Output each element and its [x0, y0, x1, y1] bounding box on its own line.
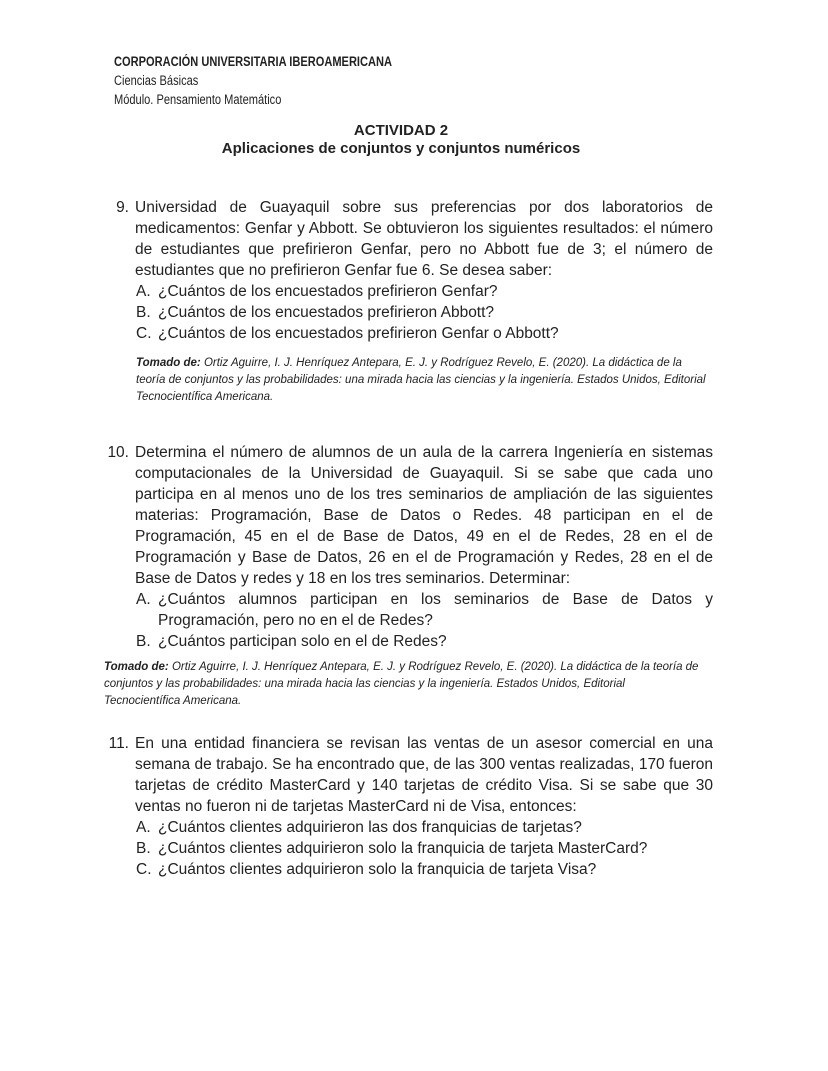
question-body: En una entidad financiera se revisan las… [135, 733, 713, 880]
citation-text: Ortiz Aguirre, I. J. Henríquez Antepara,… [136, 357, 706, 403]
question-body: Determina el número de alumnos de un aul… [135, 442, 713, 652]
item-label: B. [135, 302, 158, 323]
item-text: ¿Cuántos alumnos participan en los semin… [158, 589, 713, 631]
citation-label: Tomado de: [104, 661, 169, 673]
item-text: ¿Cuántos de los encuestados prefirieron … [158, 281, 713, 302]
module-name: Módulo. Pensamiento Matemático [114, 90, 608, 109]
question-text: Determina el número de alumnos de un aul… [135, 442, 713, 589]
item-text: ¿Cuántos clientes adquirieron solo la fr… [158, 859, 713, 880]
item-label: C. [135, 859, 158, 880]
question-item: B. ¿Cuántos participan solo en el de Red… [135, 631, 713, 652]
question-number: 9. [104, 197, 135, 344]
citation-q9: Tomado de: Ortiz Aguirre, I. J. Henríque… [136, 355, 710, 406]
document-header: CORPORACIÓN UNIVERSITARIA IBEROAMERICANA… [114, 52, 608, 109]
institution-name: CORPORACIÓN UNIVERSITARIA IBEROAMERICANA [114, 52, 608, 71]
item-text: ¿Cuántos clientes adquirieron las dos fr… [158, 817, 713, 838]
question-text: En una entidad financiera se revisan las… [135, 733, 713, 817]
question-item: B. ¿Cuántos de los encuestados prefirier… [135, 302, 713, 323]
question-item: A. ¿Cuántos alumnos participan en los se… [135, 589, 713, 631]
item-text: ¿Cuántos participan solo en el de Redes? [158, 631, 713, 652]
item-text: ¿Cuántos de los encuestados prefirieron … [158, 302, 713, 323]
question-item: C. ¿Cuántos de los encuestados prefirier… [135, 323, 713, 344]
document-page: CORPORACIÓN UNIVERSITARIA IBEROAMERICANA… [0, 0, 828, 1071]
item-label: B. [135, 631, 158, 652]
question-text: Universidad de Guayaquil sobre sus prefe… [135, 197, 713, 281]
question-10: 10. Determina el número de alumnos de un… [104, 442, 716, 652]
question-body: Universidad de Guayaquil sobre sus prefe… [135, 197, 713, 344]
question-item: C. ¿Cuántos clientes adquirieron solo la… [135, 859, 713, 880]
question-item: A. ¿Cuántos clientes adquirieron las dos… [135, 817, 713, 838]
question-number: 11. [104, 733, 135, 880]
item-label: B. [135, 838, 158, 859]
question-9: 9. Universidad de Guayaquil sobre sus pr… [104, 197, 716, 344]
item-label: A. [135, 589, 158, 631]
question-item: B. ¿Cuántos clientes adquirieron solo la… [135, 838, 713, 859]
question-11: 11. En una entidad financiera se revisan… [104, 733, 716, 880]
department-name: Ciencias Básicas [114, 71, 608, 90]
item-label: A. [135, 817, 158, 838]
activity-title-block: ACTIVIDAD 2 Aplicaciones de conjuntos y … [104, 122, 698, 158]
activity-title: ACTIVIDAD 2 [104, 122, 698, 140]
document-content: CORPORACIÓN UNIVERSITARIA IBEROAMERICANA… [104, 52, 716, 880]
item-label: C. [135, 323, 158, 344]
citation-label: Tomado de: [136, 357, 201, 369]
item-text: ¿Cuántos clientes adquirieron solo la fr… [158, 838, 713, 859]
item-label: A. [135, 281, 158, 302]
question-number: 10. [104, 442, 135, 652]
citation-text: Ortiz Aguirre, I. J. Henríquez Antepara,… [104, 661, 698, 707]
citation-q10: Tomado de: Ortiz Aguirre, I. J. Henríque… [104, 659, 702, 710]
question-item: A. ¿Cuántos de los encuestados prefirier… [135, 281, 713, 302]
activity-subtitle: Aplicaciones de conjuntos y conjuntos nu… [104, 140, 698, 158]
item-text: ¿Cuántos de los encuestados prefirieron … [158, 323, 713, 344]
